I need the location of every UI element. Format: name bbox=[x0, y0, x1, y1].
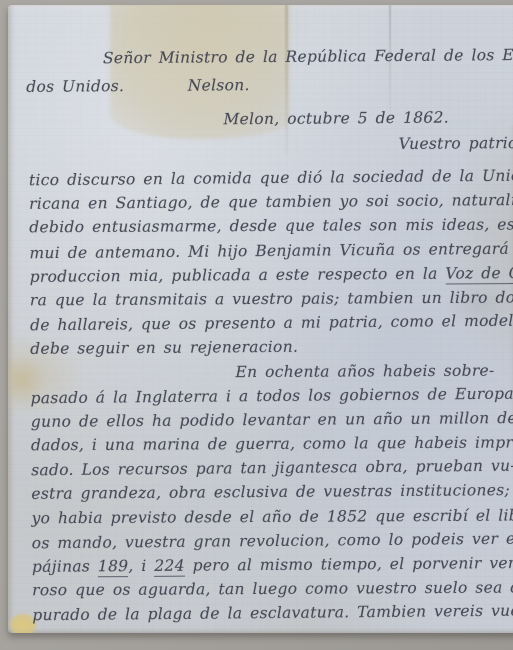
opening-words: Vuestro patrio- bbox=[399, 134, 513, 153]
text-segment: dados, i una marina de guerra, como la q… bbox=[31, 433, 513, 454]
text-segment: produccion mia, publicada a este respect… bbox=[30, 264, 446, 285]
recipient-name: Nelson. bbox=[188, 76, 250, 94]
recipient-line-continued: dos Unidos. bbox=[26, 77, 124, 96]
underlined-text: 189 bbox=[98, 557, 129, 577]
letter-body-line: debe seguir en su rejeneracion. bbox=[30, 333, 513, 361]
letter-body-line: purado de la plaga de la esclavatura. Ta… bbox=[32, 599, 513, 628]
text-segment: En ochenta años habeis sobre- bbox=[235, 361, 494, 380]
letter-body-line: yo habia previsto desde el año de 1852 q… bbox=[31, 503, 513, 530]
text-segment: ricana en Santiago, de que tambien yo so… bbox=[29, 191, 513, 213]
text-segment: os mando, vuestra gran revolucion, como … bbox=[32, 529, 513, 552]
text-segment: de hallareis, que os presento a mi patri… bbox=[30, 311, 513, 334]
letter-body-line: pájinas 189, i 224 pero al mismo tiempo,… bbox=[32, 551, 513, 579]
dateline: Melon, octubre 5 de 1862. bbox=[223, 109, 449, 129]
handwritten-text: Señor Ministro de la República Federal d… bbox=[8, 5, 513, 633]
recipient-line: dos Unidos. Nelson. bbox=[26, 76, 250, 96]
text-segment: purado de la plaga de la esclavatura. Ta… bbox=[32, 602, 513, 625]
text-segment: pasado á la Inglaterra i a todos los gob… bbox=[31, 384, 513, 407]
text-segment: pájinas bbox=[32, 557, 98, 576]
letter-body-line: sado. Los recursos para tan jigantesca o… bbox=[31, 453, 513, 482]
text-segment: debe seguir en su rejeneracion. bbox=[30, 338, 298, 358]
text-segment: , i bbox=[128, 557, 154, 575]
text-segment: guno de ellos ha podido levantar en un a… bbox=[31, 409, 513, 431]
letter-body: tico discurso en la comida que dió la so… bbox=[29, 164, 513, 628]
letter-body-line: debido entusiasmarme, desde que tales so… bbox=[29, 213, 513, 240]
text-segment: estra grandeza, obra esclusiva de vuestr… bbox=[31, 482, 510, 504]
letter-body-line: En ochenta años habeis sobre- bbox=[30, 358, 513, 385]
letter-body-line: mui de antemano. Mi hijo Benjamin Vicuña… bbox=[29, 236, 513, 265]
text-segment: debido entusiasmarme, desde que tales so… bbox=[29, 215, 513, 236]
text-segment: ra que la transmitais a vuestro pais; ta… bbox=[30, 288, 513, 309]
letter-body-line: tico discurso en la comida que dió la so… bbox=[29, 163, 513, 192]
text-segment: mui de antemano. Mi hijo Benjamin Vicuña… bbox=[29, 239, 513, 262]
letter-body-line: guno de ellos ha podido levantar en un a… bbox=[31, 406, 513, 434]
letter-page: Señor Ministro de la República Federal d… bbox=[8, 5, 513, 633]
letter-body-line: estra grandeza, obra esclusiva de vuestr… bbox=[31, 478, 513, 506]
text-segment: sado. Los recursos para tan jigantesca o… bbox=[31, 457, 513, 480]
text-segment: pero al mismo tiempo, el porvenir ventu- bbox=[185, 554, 513, 575]
letter-body-line: ra que la transmitais a vuestro pais; ta… bbox=[30, 285, 513, 312]
underlined-text: 224 bbox=[154, 557, 185, 577]
text-segment: yo habia previsto desde el año de 1852 q… bbox=[32, 506, 513, 527]
text-segment: tico discurso en la comida que dió la so… bbox=[29, 166, 513, 189]
underlined-text: Voz de Chile bbox=[445, 263, 513, 284]
recipient-line: Señor Ministro de la República Federal d… bbox=[103, 46, 513, 67]
text-segment: roso que os aguarda, tan luego como vues… bbox=[32, 579, 513, 600]
letter-body-line: os mando, vuestra gran revolucion, como … bbox=[32, 526, 513, 555]
photograph-background: Señor Ministro de la República Federal d… bbox=[0, 0, 513, 650]
letter-body-line: pasado á la Inglaterra i a todos los gob… bbox=[31, 381, 513, 410]
letter-body-line: de hallareis, que os presento a mi patri… bbox=[30, 308, 513, 337]
